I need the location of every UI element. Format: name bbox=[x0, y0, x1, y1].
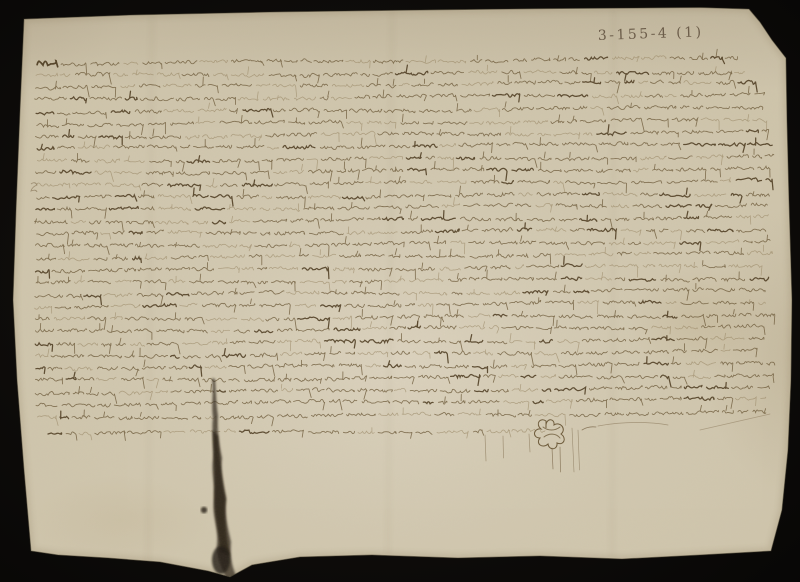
parchment-surface: 3-155-4 (1) bbox=[0, 0, 800, 582]
parchment-grain bbox=[0, 0, 800, 582]
photo-backdrop: 3-155-4 (1) bbox=[0, 0, 800, 582]
parchment-photo: 3-155-4 (1) bbox=[0, 0, 800, 582]
